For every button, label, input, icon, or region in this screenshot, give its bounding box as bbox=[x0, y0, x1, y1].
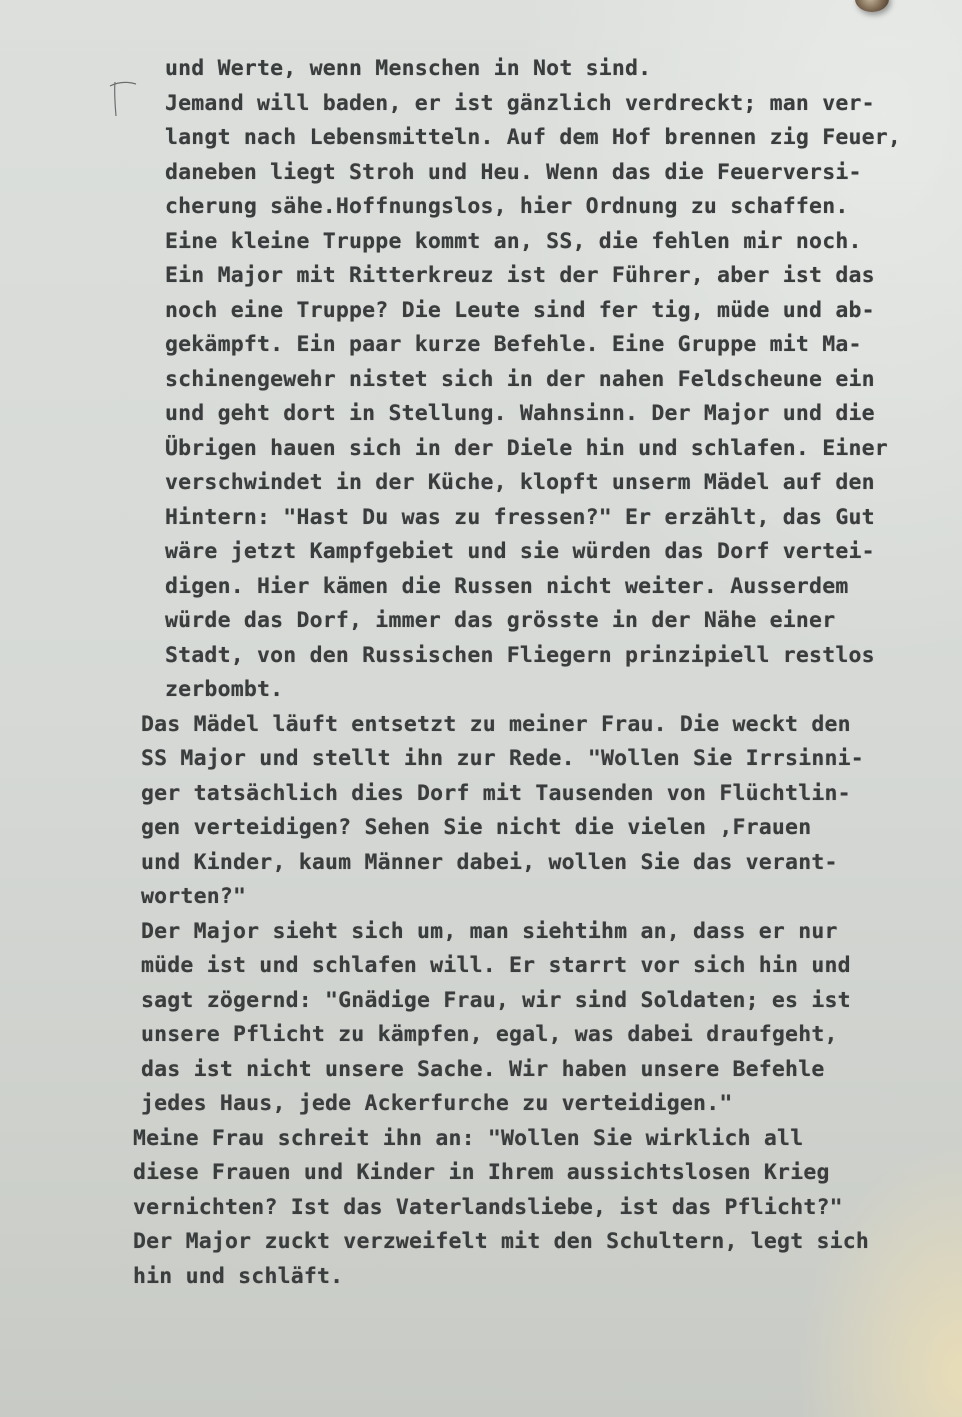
document-page: und Werte, wenn Menschen in Not sind.Jem… bbox=[0, 0, 962, 1417]
text-line: noch eine Truppe? Die Leute sind fer tig… bbox=[165, 294, 953, 329]
text-line: müde ist und schlafen will. Er starrt vo… bbox=[141, 949, 953, 984]
text-line: unsere Pflicht zu kämpfen, egal, was dab… bbox=[141, 1018, 953, 1053]
text-line: und geht dort in Stellung. Wahnsinn. Der… bbox=[165, 397, 953, 432]
text-line: würde das Dorf, immer das grösste in der… bbox=[165, 604, 953, 639]
text-line: Das Mädel läuft entsetzt zu meiner Frau.… bbox=[141, 708, 953, 743]
typewritten-text: und Werte, wenn Menschen in Not sind.Jem… bbox=[133, 52, 953, 1294]
text-line: schinengewehr nistet sich in der nahen F… bbox=[165, 363, 953, 398]
text-line: worten?" bbox=[141, 880, 953, 915]
text-line: cherung sähe.Hoffnungslos, hier Ordnung … bbox=[165, 190, 953, 225]
text-line: wäre jetzt Kampfgebiet und sie würden da… bbox=[165, 535, 953, 570]
text-line: Meine Frau schreit ihn an: "Wollen Sie w… bbox=[133, 1122, 953, 1157]
text-line: das ist nicht unsere Sache. Wir haben un… bbox=[141, 1053, 953, 1088]
text-line: Hintern: "Hast Du was zu fressen?" Er er… bbox=[165, 501, 953, 536]
text-line: jedes Haus, jede Ackerfurche zu verteidi… bbox=[141, 1087, 953, 1122]
text-line: zerbombt. bbox=[165, 673, 953, 708]
text-line: und Werte, wenn Menschen in Not sind. bbox=[165, 52, 953, 87]
text-line: verschwindet in der Küche, klopft unserm… bbox=[165, 466, 953, 501]
text-line: gen verteidigen? Sehen Sie nicht die vie… bbox=[141, 811, 953, 846]
text-line: hin und schläft. bbox=[133, 1260, 953, 1295]
text-line: digen. Hier kämen die Russen nicht weite… bbox=[165, 570, 953, 605]
text-line: Jemand will baden, er ist gänzlich verdr… bbox=[165, 87, 953, 122]
text-line: vernichten? Ist das Vaterlandsliebe, ist… bbox=[133, 1191, 953, 1226]
text-line: gekämpft. Ein paar kurze Befehle. Eine G… bbox=[165, 328, 953, 363]
pin-icon bbox=[855, 0, 889, 12]
text-line: und Kinder, kaum Männer dabei, wollen Si… bbox=[141, 846, 953, 881]
text-line: sagt zögernd: "Gnädige Frau, wir sind So… bbox=[141, 984, 953, 1019]
text-line: Stadt, von den Russischen Fliegern prinz… bbox=[165, 639, 953, 674]
text-line: Der Major zuckt verzweifelt mit den Schu… bbox=[133, 1225, 953, 1260]
text-line: langt nach Lebensmitteln. Auf dem Hof br… bbox=[165, 121, 953, 156]
text-line: Ein Major mit Ritterkreuz ist der Führer… bbox=[165, 259, 953, 294]
text-line: ger tatsächlich dies Dorf mit Tausenden … bbox=[141, 777, 953, 812]
text-line: daneben liegt Stroh und Heu. Wenn das di… bbox=[165, 156, 953, 191]
text-line: Der Major sieht sich um, man siehtihm an… bbox=[141, 915, 953, 950]
text-line: Übrigen hauen sich in der Diele hin und … bbox=[165, 432, 953, 467]
text-line: diese Frauen und Kinder in Ihrem aussich… bbox=[133, 1156, 953, 1191]
text-line: SS Major und stellt ihn zur Rede. "Wolle… bbox=[141, 742, 953, 777]
text-line: Eine kleine Truppe kommt an, SS, die feh… bbox=[165, 225, 953, 260]
